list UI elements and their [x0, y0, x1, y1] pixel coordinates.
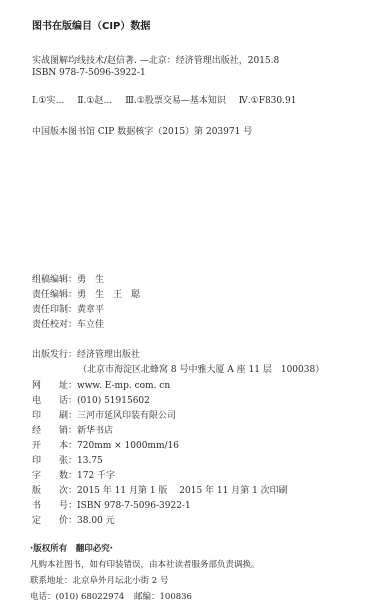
classification-item: Ⅳ.①F830.91: [239, 96, 297, 106]
pub-row-format: 开本：720mm × 1000mm/16: [32, 438, 179, 451]
pub-row-phone: 电话：(010) 51915602: [32, 393, 150, 406]
pub-row-distributor: 经销：新华书店: [32, 423, 113, 436]
cip-number: 中国版本图书馆 CIP 数据核字（2015）第 203971 号: [32, 124, 252, 137]
publisher-address: （北京市海淀区北蜂窝 8 号中雅大厦 A 座 11 层 100038）: [78, 362, 324, 375]
cip-isbn-line: ISBN 978-7-5096-3922-1: [32, 68, 146, 78]
classification-item: Ⅲ.①股票交易—基本知识: [125, 96, 226, 106]
pub-row-printer: 印刷：三河市延风印装有限公司: [32, 408, 176, 421]
publisher-row: 出版发行：经济管理出版社: [32, 347, 140, 360]
pub-row-price: 定价：38.00 元: [32, 513, 115, 526]
staff-row: 责任校对：车立佳: [32, 317, 104, 330]
classification-item: Ⅱ.①赵…: [77, 96, 112, 106]
pub-row-edition: 版次：2015 年 11 月第 1 版 2015 年 11 月第 1 次印刷: [32, 483, 288, 496]
contact-address: 联系地址：北京阜外月坛北小街 2 号: [30, 574, 168, 586]
cip-title: 图书在版编目（CIP）数据: [32, 17, 150, 32]
pub-row-sheets: 印张：13.75: [32, 453, 103, 466]
contact-postcode: 邮编：100836: [134, 590, 192, 602]
cip-bibliographic-line: 实战图解均线技术/赵信著. —北京：经济管理出版社，2015.8: [32, 53, 279, 66]
copyright-notice: 凡购本社图书，如有印装错误，由本社读者服务部负责调换。: [30, 558, 260, 570]
staff-row: 组稿编辑：勇 生: [32, 272, 104, 285]
staff-row: 责任编辑：勇 生 王 聪: [32, 287, 140, 300]
copyright-page: 图书在版编目（CIP）数据 实战图解均线技术/赵信著. —北京：经济管理出版社，…: [0, 0, 375, 616]
pub-row-isbn: 书号：ISBN 978-7-5096-3922-1: [32, 498, 191, 511]
copyright-title: ·版权所有 翻印必究·: [30, 542, 113, 554]
pub-row-website: 网址：www. E-mp. com. cn: [32, 378, 170, 391]
classification-item: Ⅰ.①实…: [32, 96, 65, 106]
pub-row-wordcount: 字数：172 千字: [32, 468, 115, 481]
contact-phone: 电话：(010) 68022974: [30, 590, 124, 602]
staff-row: 责任印制：黄章平: [32, 302, 104, 315]
cip-classification: Ⅰ.①实… Ⅱ.①赵… Ⅲ.①股票交易—基本知识 Ⅳ.①F830.91: [32, 93, 306, 106]
